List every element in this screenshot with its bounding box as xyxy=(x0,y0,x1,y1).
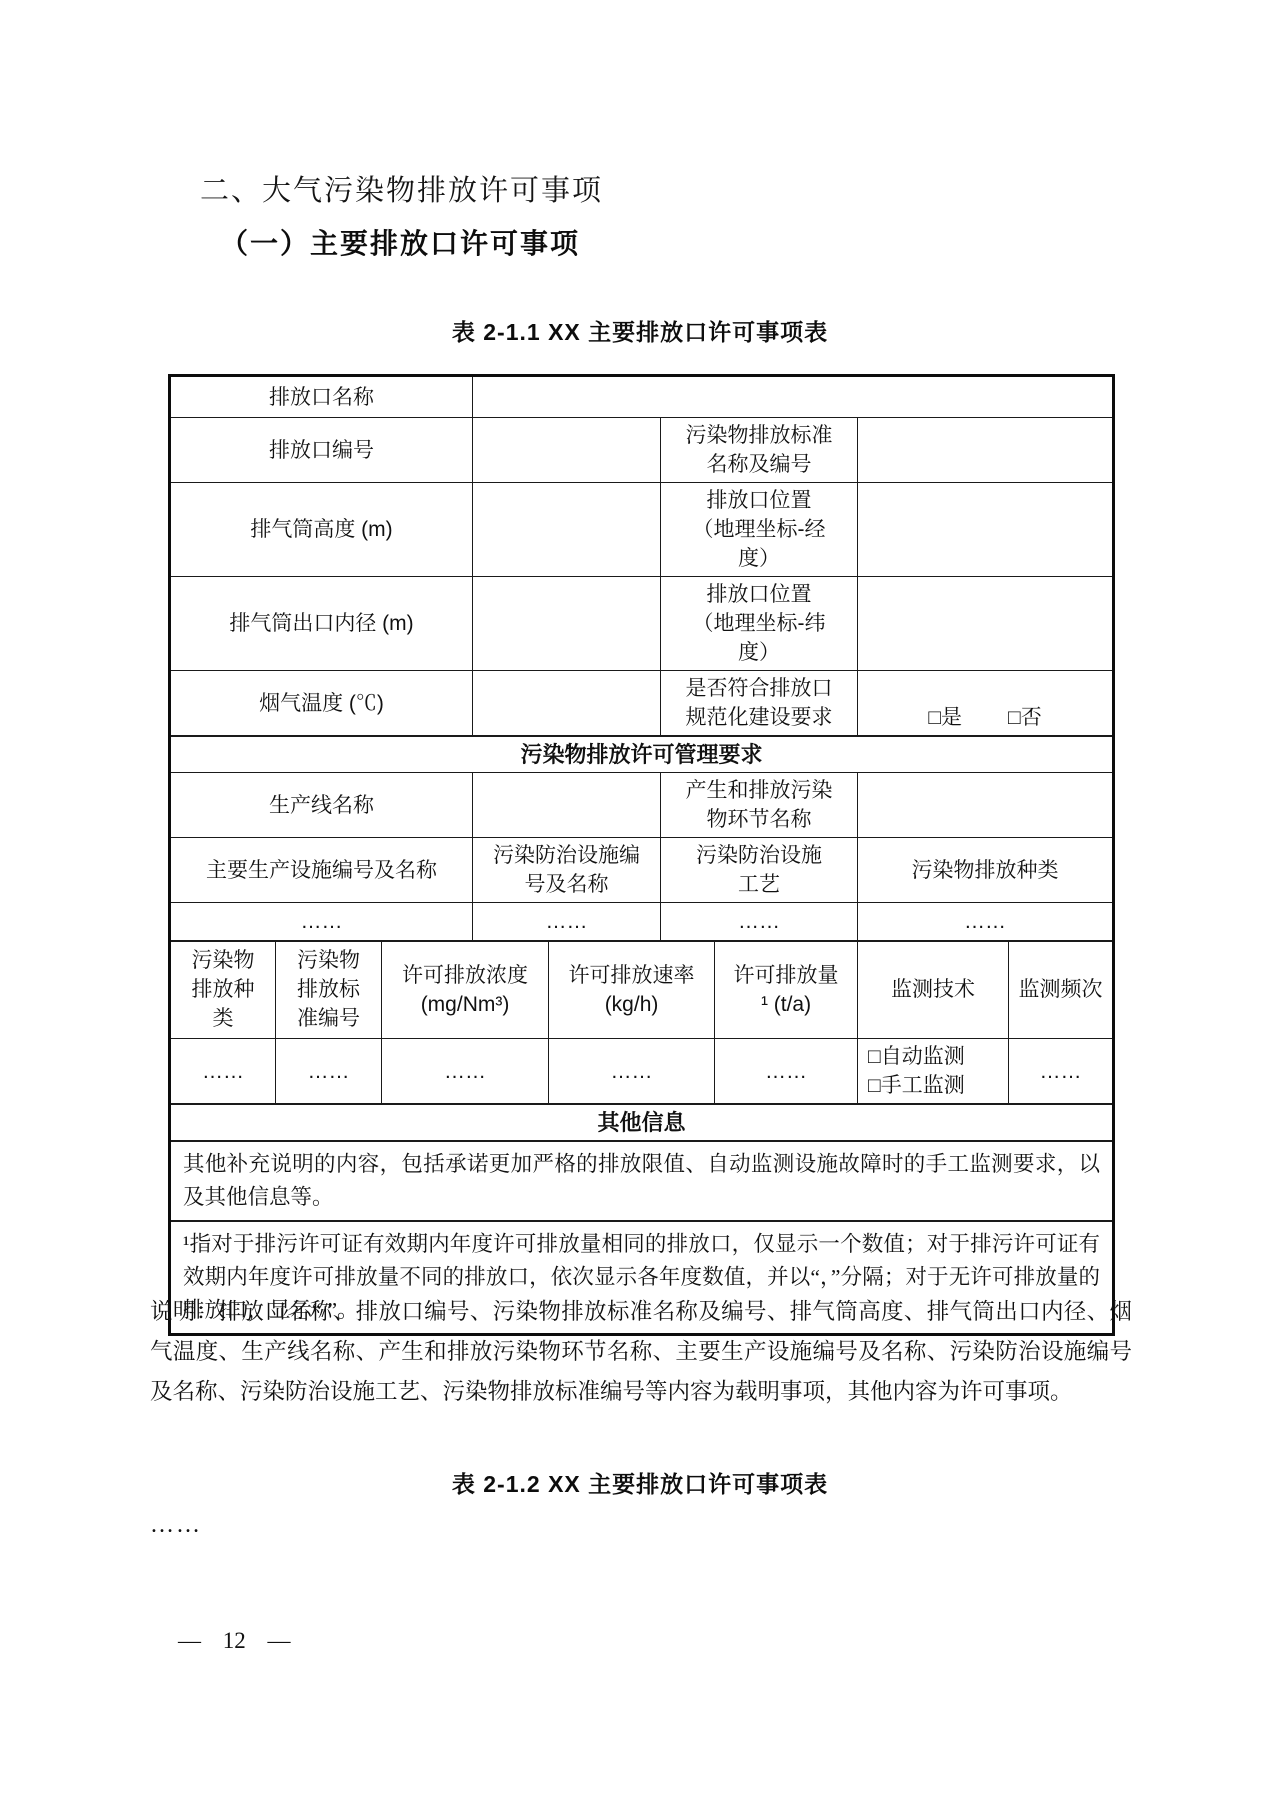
table-row: 污染物排放许可管理要求 xyxy=(170,736,1114,773)
outlet-no-label: 排放口编号 xyxy=(170,418,473,483)
flue-temp-value-cell xyxy=(473,671,661,737)
main-facility-value: …… xyxy=(170,903,473,941)
stack-diameter-label: 排气筒出口内径 (m) xyxy=(170,577,473,671)
checkbox-yes: □是 xyxy=(928,703,962,732)
standardized-outlet-label: 是否符合排放口 规范化建设要求 xyxy=(661,671,858,737)
table-row: 其他信息 xyxy=(170,1104,1114,1141)
emission-stage-value-cell xyxy=(858,773,1114,838)
standardized-outlet-checkboxes: □是□否 xyxy=(858,671,1114,737)
monitoring-frequency-cell: …… xyxy=(1009,1039,1114,1105)
table1-title: 表 2-1.1 XX 主要排放口许可事项表 xyxy=(0,314,1280,347)
checkbox-no: □否 xyxy=(1008,703,1042,732)
col-header-standard-no: 污染物 排放标 准编号 xyxy=(276,941,382,1039)
document-page: 二、大气污染物排放许可事项 （一）主要排放口许可事项 表 2-1.1 XX 主要… xyxy=(0,0,1280,1810)
outlet-no-value-cell xyxy=(473,418,661,483)
permitted-concentration-cell: …… xyxy=(382,1039,549,1105)
continuation-ellipsis: …… xyxy=(150,1512,202,1539)
table-row: …… …… …… …… …… □自动监测 □手工监测 …… xyxy=(170,1039,1114,1105)
control-facility-value: …… xyxy=(473,903,661,941)
outlet-longitude-value-cell xyxy=(858,483,1114,577)
table-row: 烟气温度 (℃) 是否符合排放口 规范化建设要求 □是□否 xyxy=(170,671,1114,737)
main-facility-header: 主要生产设施编号及名称 xyxy=(170,838,473,903)
control-process-value: …… xyxy=(661,903,858,941)
pollutant-type-value: …… xyxy=(858,903,1114,941)
explanation-paragraph: 说明：排放口名称、排放口编号、污染物排放标准名称及编号、排气筒高度、排气筒出口内… xyxy=(150,1292,1132,1412)
production-line-label: 生产线名称 xyxy=(170,773,473,838)
outlet-name-value-cell xyxy=(473,376,1114,418)
stack-diameter-value-cell xyxy=(473,577,661,671)
standard-no-cell: …… xyxy=(276,1039,382,1105)
page-number: — 12 — xyxy=(178,1628,291,1654)
pollutant-type-header: 污染物排放种类 xyxy=(858,838,1114,903)
emission-standard-value-cell xyxy=(858,418,1114,483)
table-row: 排气筒高度 (m) 排放口位置 （地理坐标-经 度） xyxy=(170,483,1114,577)
col-header-permitted-rate: 许可排放速率 (kg/h) xyxy=(549,941,715,1039)
emission-standard-label: 污染物排放标准 名称及编号 xyxy=(661,418,858,483)
permit-items-table: 排放口名称 排放口编号 污染物排放标准 名称及编号 排气筒高度 (m) 排放口位… xyxy=(168,374,1115,1336)
outlet-latitude-value-cell xyxy=(858,577,1114,671)
permitted-amount-cell: …… xyxy=(715,1039,858,1105)
pollutant-type-cell: …… xyxy=(170,1039,276,1105)
table-row: 排放口名称 xyxy=(170,376,1114,418)
stack-height-value-cell xyxy=(473,483,661,577)
outlet-name-label: 排放口名称 xyxy=(170,376,473,418)
flue-temp-label: 烟气温度 (℃) xyxy=(170,671,473,737)
table2-title: 表 2-1.2 XX 主要排放口许可事项表 xyxy=(0,1466,1280,1499)
col-header-permitted-concentration: 许可排放浓度 (mg/Nm³) xyxy=(382,941,549,1039)
monitoring-tech-checkboxes: □自动监测 □手工监测 xyxy=(858,1039,1009,1105)
table-row: …… …… …… …… xyxy=(170,903,1114,941)
table-row: 污染物 排放种 类 污染物 排放标 准编号 许可排放浓度 (mg/Nm³) 许可… xyxy=(170,941,1114,1039)
col-header-pollutant-type: 污染物 排放种 类 xyxy=(170,941,276,1039)
section-header-management: 污染物排放许可管理要求 xyxy=(170,736,1114,773)
table-row: 主要生产设施编号及名称 污染防治设施编 号及名称 污染防治设施 工艺 污染物排放… xyxy=(170,838,1114,903)
col-header-permitted-amount: 许可排放量 ¹ (t/a) xyxy=(715,941,858,1039)
stack-height-label: 排气筒高度 (m) xyxy=(170,483,473,577)
emission-stage-label: 产生和排放污染 物环节名称 xyxy=(661,773,858,838)
col-header-monitoring-tech: 监测技术 xyxy=(858,941,1009,1039)
table-row: 排放口编号 污染物排放标准 名称及编号 xyxy=(170,418,1114,483)
subsection-heading: （一）主要排放口许可事项 xyxy=(220,222,580,262)
control-facility-header: 污染防治设施编 号及名称 xyxy=(473,838,661,903)
section-header-other-info: 其他信息 xyxy=(170,1104,1114,1141)
permitted-rate-cell: …… xyxy=(549,1039,715,1105)
control-process-header: 污染防治设施 工艺 xyxy=(661,838,858,903)
table-row: 排气筒出口内径 (m) 排放口位置 （地理坐标-纬 度） xyxy=(170,577,1114,671)
outlet-latitude-label: 排放口位置 （地理坐标-纬 度） xyxy=(661,577,858,671)
production-line-value-cell xyxy=(473,773,661,838)
other-info-text: 其他补充说明的内容，包括承诺更加严格的排放限值、自动监测设施故障时的手工监测要求… xyxy=(170,1141,1114,1221)
outlet-longitude-label: 排放口位置 （地理坐标-经 度） xyxy=(661,483,858,577)
table-row: 生产线名称 产生和排放污染 物环节名称 xyxy=(170,773,1114,838)
table-row: 其他补充说明的内容，包括承诺更加严格的排放限值、自动监测设施故障时的手工监测要求… xyxy=(170,1141,1114,1221)
col-header-monitoring-frequency: 监测频次 xyxy=(1009,941,1114,1039)
section-heading: 二、大气污染物排放许可事项 xyxy=(200,168,603,209)
